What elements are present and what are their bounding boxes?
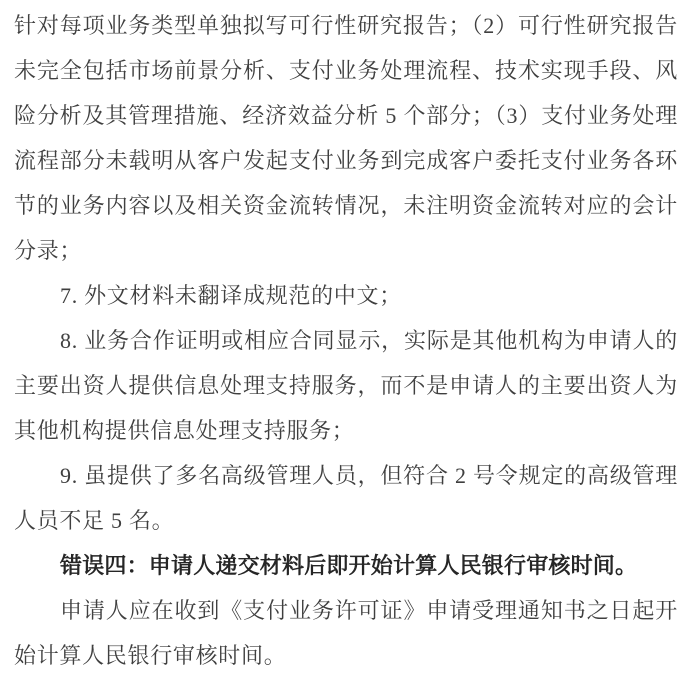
text-line: 主要出资人提供信息处理支持服务，而不是申请人的主要出资人为: [14, 363, 678, 408]
text-line: 未完全包括市场前景分析、支付业务处理流程、技术实现手段、风: [14, 48, 678, 93]
text-line: 7. 外文材料未翻译成规范的中文；: [14, 273, 678, 318]
text-line: 节的业务内容以及相关资金流转情况，未注明资金流转对应的会计: [14, 183, 678, 228]
text-line: 始计算人民银行审核时间。: [14, 633, 678, 678]
heading-line: 错误四：申请人递交材料后即开始计算人民银行审核时间。: [14, 543, 678, 588]
text-body: 针对每项业务类型单独拟写可行性研究报告；（2）可行性研究报告未完全包括市场前景分…: [14, 3, 678, 678]
text-line: 人员不足 5 名。: [14, 498, 678, 543]
text-line: 针对每项业务类型单独拟写可行性研究报告；（2）可行性研究报告: [14, 3, 678, 48]
text-line: 申请人应在收到《支付业务许可证》申请受理通知书之日起开: [14, 588, 678, 633]
text-line: 流程部分未载明从客户发起支付业务到完成客户委托支付业务各环: [14, 138, 678, 183]
text-line: 8. 业务合作证明或相应合同显示，实际是其他机构为申请人的: [14, 318, 678, 363]
text-line: 险分析及其管理措施、经济效益分析 5 个部分；（3）支付业务处理: [14, 93, 678, 138]
text-line: 分录；: [14, 228, 678, 273]
document-page: 针对每项业务类型单独拟写可行性研究报告；（2）可行性研究报告未完全包括市场前景分…: [0, 0, 693, 683]
text-line: 9. 虽提供了多名高级管理人员，但符合 2 号令规定的高级管理: [14, 453, 678, 498]
text-line: 其他机构提供信息处理支持服务；: [14, 408, 678, 453]
